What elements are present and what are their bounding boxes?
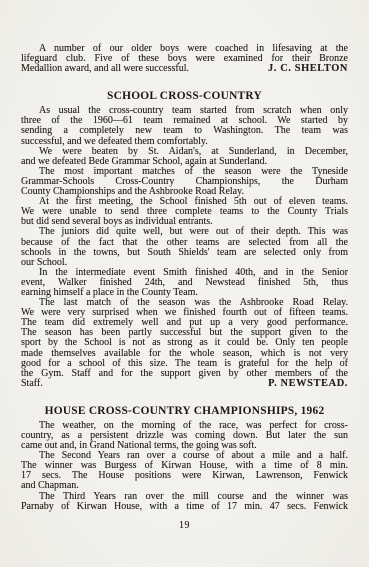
signature: P. NEWSTEAD. [268,379,348,389]
page-number: 19 [0,520,369,531]
section-school-cross-country: SCHOOL CROSS-COUNTRYAs usual the cross-c… [21,90,348,389]
section-lifesaving-note: A number of our older boys were coached … [21,44,348,74]
paragraph: At the first meeting, the School finishe… [21,197,348,227]
paragraph: The Third Years ran over the mill course… [21,492,348,512]
text-line: Staff. [21,379,43,389]
last-line-with-signature: Staff.P. NEWSTEAD. [21,379,348,389]
page-content: A number of our older boys were coached … [21,44,348,512]
paragraph: The weather, on the morning of the race,… [21,421,348,451]
paragraph: A number of our older boys were coached … [21,44,348,74]
text-line: schools in the towns, but South Shields'… [21,248,348,258]
paragraph: As usual the cross-country team started … [21,106,348,146]
last-line-with-signature: Medallion award, and all were successful… [21,64,348,74]
paragraph: The most important matches of the season… [21,167,348,197]
signature: J. C. SHELTON [268,64,348,74]
paragraph: We were beaten by St. Aidan's, at Sunder… [21,147,348,167]
section-house-cross-country: HOUSE CROSS-COUNTRY CHAMPIONSHIPS, 1962T… [21,405,348,512]
paragraph: The last match of the season was the Ash… [21,298,348,389]
text-line: Parnaby of Kirwan House, with a time of … [21,502,348,512]
section-heading: HOUSE CROSS-COUNTRY CHAMPIONSHIPS, 1962 [21,405,348,418]
text-line: Medallion award, and all were successful… [21,64,189,74]
paragraph: The juniors did quite well, but were out… [21,227,348,267]
section-heading: SCHOOL CROSS-COUNTRY [21,90,348,103]
text-line: The juniors did quite well, but were out… [21,227,348,237]
paragraph: In the intermediate event Smith finished… [21,268,348,298]
magazine-page: A number of our older boys were coached … [0,0,369,567]
paragraph: The Second Years ran over a course of ab… [21,451,348,491]
